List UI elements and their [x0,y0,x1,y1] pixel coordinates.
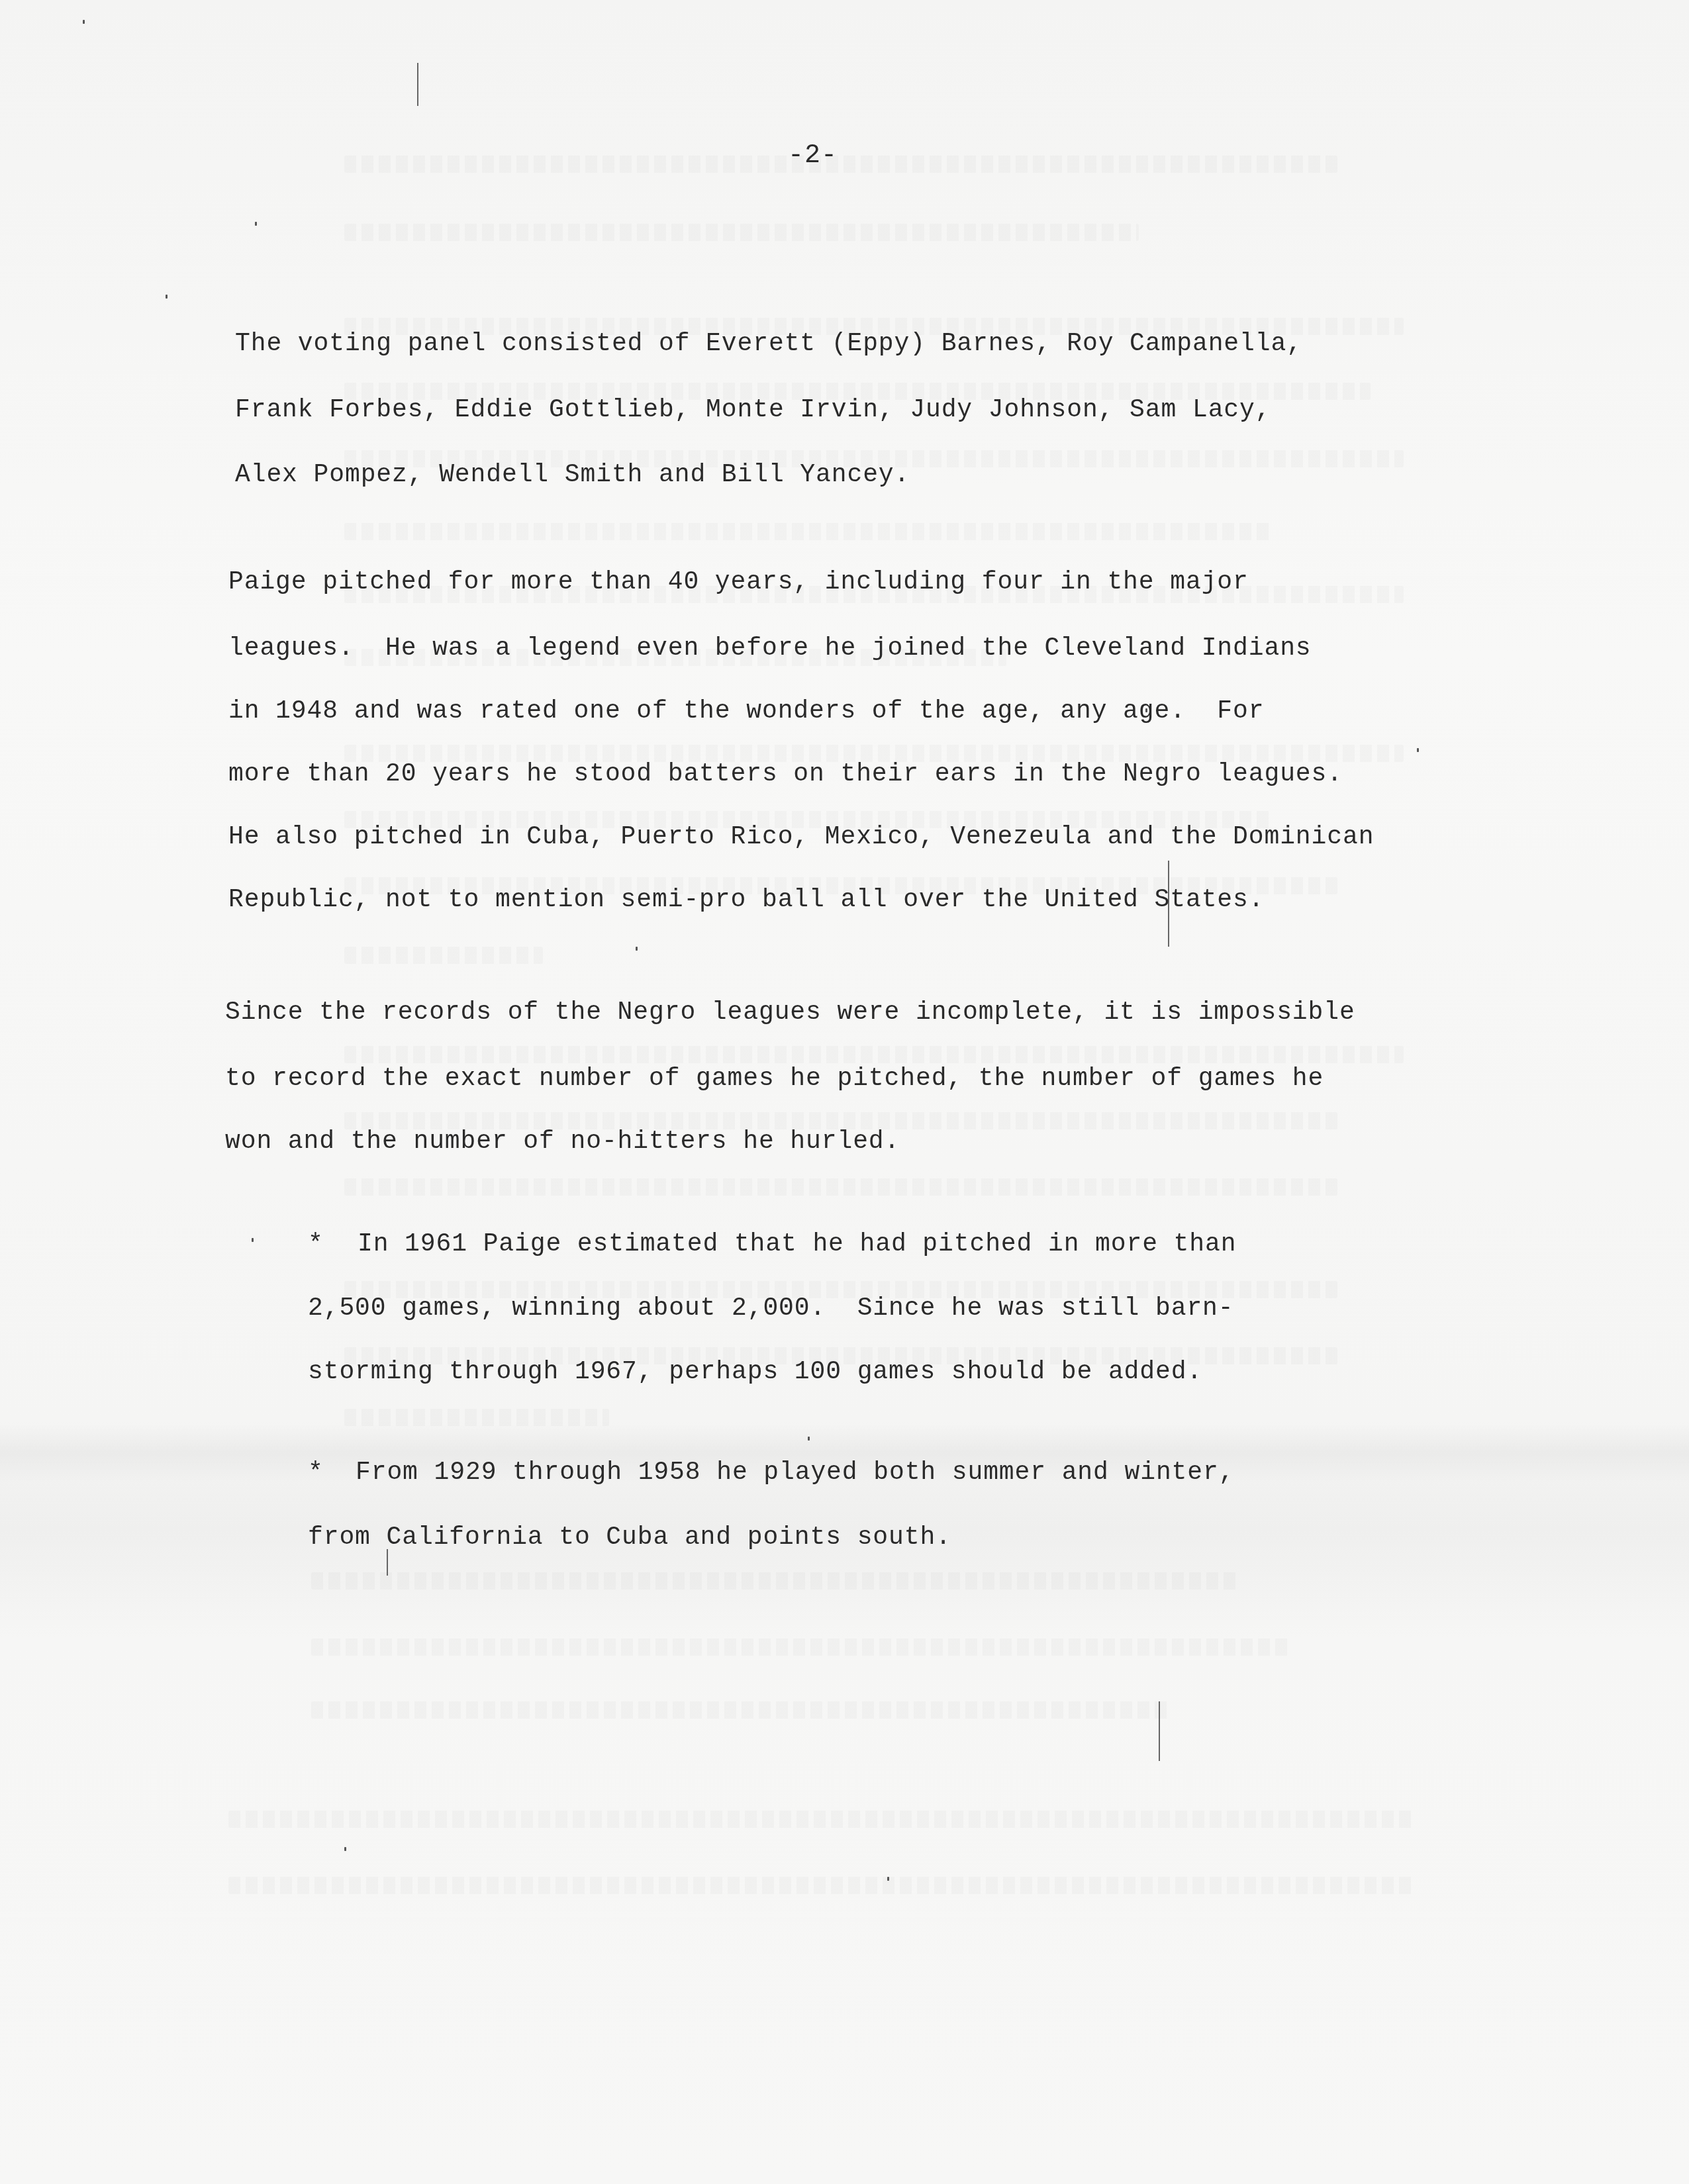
bleed-through-texture [344,156,1337,173]
paragraph-records-incomplete: Since the records of the Negro leagues w… [225,996,288,1162]
bleed-through-texture [228,1811,1414,1828]
scan-artifact-line [417,63,418,106]
scan-speck [252,1238,254,1242]
scan-speck [808,1437,810,1441]
bleed-through-texture [311,1572,1238,1590]
scan-artifact-line [1159,1701,1160,1761]
paragraph-paige-career: Paige pitched for more than 40 years, in… [228,566,291,831]
scan-speck [344,1847,346,1851]
text-line: Republic, not to mention semi-pro ball a… [228,884,1264,917]
text-line: Paige pitched for more than 40 years, in… [228,566,1249,599]
bleed-through-texture [228,1877,1414,1894]
scan-speck [166,295,168,299]
text-line: from California to Cuba and points south… [308,1521,951,1554]
text-line: leagues. He was a legend even before he … [228,632,1312,665]
text-line: The voting panel consisted of Everett (E… [235,328,1302,361]
bullet-item-games-estimate: * In 1961 Paige estimated that he had pi… [308,1228,371,1427]
bullet-item-seasons-played: * From 1929 through 1958 he played both … [308,1456,371,1622]
text-line: Since the records of the Negro leagues w… [225,996,1355,1029]
text-line: In 1961 Paige estimated that he had pitc… [358,1228,1236,1261]
text-line: won and the number of no-hitters he hurl… [225,1125,900,1159]
text-line: to record the exact number of games he p… [225,1063,1324,1096]
paragraph-voting-panel: The voting panel consisted of Everett (E… [235,328,298,493]
text-line: storming through 1967, perhaps 100 games… [308,1356,1202,1389]
text-line: 2,500 games, winning about 2,000. Since … [308,1292,1234,1325]
text-line: Alex Pompez, Wendell Smith and Bill Yanc… [235,459,910,492]
scan-speck [887,1877,889,1881]
bleed-through-texture [344,224,1139,241]
bleed-through-texture [344,1178,1337,1196]
scan-speck [636,947,638,951]
bleed-through-texture [344,523,1271,540]
text-line: Frank Forbes, Eddie Gottlieb, Monte Irvi… [235,394,1271,427]
bleed-through-texture [344,1046,1404,1063]
document-page: -2- The voting panel consisted of Everet… [0,0,1689,2184]
scan-speck [255,222,257,226]
scan-speck [83,20,85,24]
text-line: He also pitched in Cuba, Puerto Rico, Me… [228,821,1374,854]
text-line: more than 20 years he stood batters on t… [228,758,1343,791]
text-line: in 1948 and was rated one of the wonders… [228,695,1264,728]
bleed-through-texture [311,1701,1172,1719]
scan-speck [1417,748,1419,752]
bleed-through-texture [344,947,543,964]
text-line: From 1929 through 1958 he played both su… [356,1456,1234,1490]
page-number: -2- [788,141,838,171]
bullet-marker: * [308,1228,324,1261]
bullet-marker: * [308,1456,324,1490]
bleed-through-texture [311,1638,1291,1656]
